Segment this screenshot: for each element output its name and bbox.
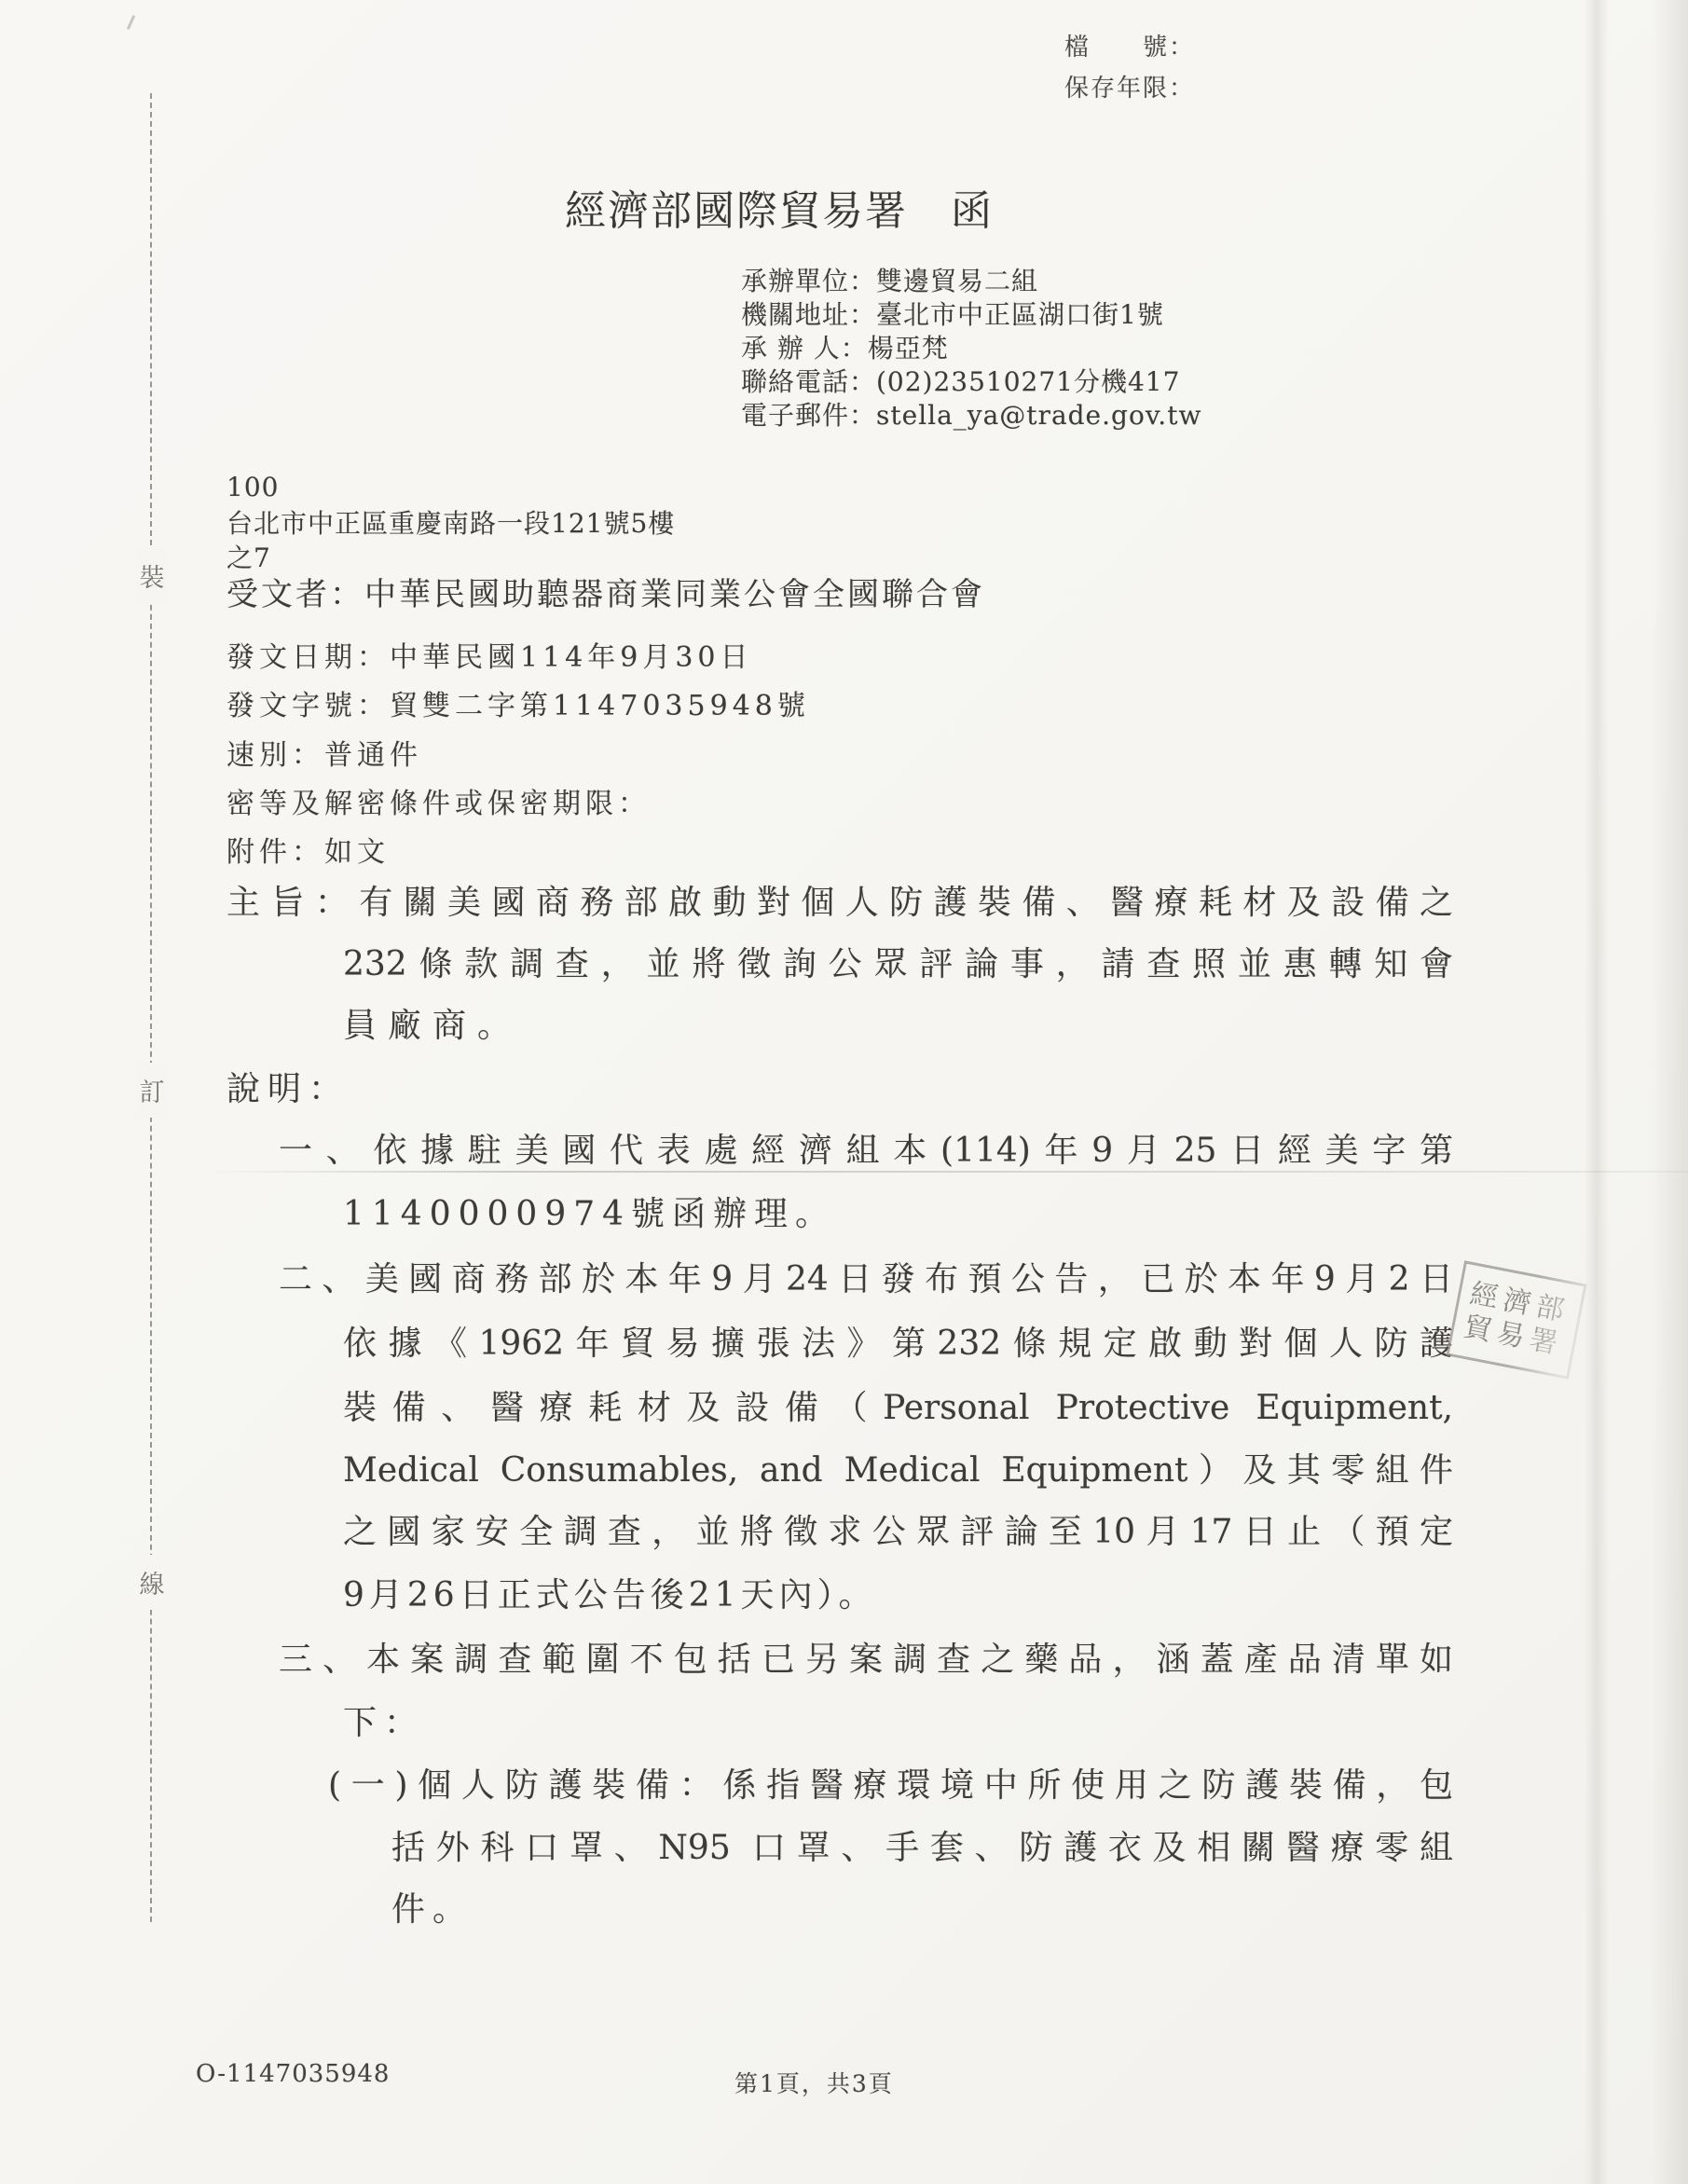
scanned-official-letter: 檔 號： 保存年限： 經濟部國際貿易署 函 承辦單位：雙邊貿易二組 機關地址：臺…: [0, 0, 1688, 2184]
explanation-item2-line1: 二、美國商務部於本年9月24日發布預公告，已於本年9月2日: [279, 1258, 1453, 1300]
reference-number: 發文字號：貿雙二字第1147035948號: [226, 682, 810, 723]
agency-stamp: 經濟部 貿易署: [1446, 1260, 1586, 1380]
security-classification: 密等及解密條件或保密期限：: [226, 780, 651, 821]
retention-period-label: 保存年限：: [1064, 69, 1195, 103]
explanation-item1-line2: 1140000974號函辦理。: [343, 1193, 836, 1235]
subject-line-2: 232條款調查，並將徵詢公眾評論事，請查照並惠轉知會: [343, 943, 1453, 985]
footer-document-number: O-1147035948: [196, 2060, 390, 2088]
scan-edge-shading: [1651, 0, 1688, 2184]
footer-page-number: 第1頁，共3頁: [734, 2066, 894, 2099]
explanation-item2-line2: 依據《1962年貿易擴張法》第232條規定啟動對個人防護: [343, 1323, 1453, 1365]
contact-phone: 聯絡電話：(02)23510271分機417: [741, 362, 1180, 399]
paper-fold-shading: [1585, 0, 1609, 2184]
subject-line-3: 員廠商。: [343, 1005, 522, 1047]
subject-line-1: 主旨：有關美國商務部啟動對個人防護裝備、醫療耗材及設備之: [226, 882, 1453, 924]
explanation-sub1-line3: 件。: [391, 1889, 473, 1930]
binding-margin-char-zhuang: 裝: [136, 548, 168, 603]
document-title: 經濟部國際貿易署 函: [565, 177, 994, 237]
explanation-item2-line4: Medical Consumables, and Medical Equipme…: [343, 1449, 1453, 1491]
explanation-item2-line6: 9月26日正式公告後21天內）。: [343, 1574, 877, 1616]
contact-unit: 承辦單位：雙邊貿易二組: [741, 261, 1038, 298]
recipient-line: 受文者：中華民國助聽器商業同業公會全國聯合會: [226, 569, 985, 614]
pen-mark: [127, 15, 135, 30]
contact-person: 承 辦 人：楊亞梵: [741, 328, 949, 365]
explanation-label: 說明：: [226, 1068, 350, 1110]
explanation-sub1-line1: (一)個人防護裝備：係指醫療環境中所使用之防護裝備，包: [328, 1765, 1453, 1806]
binding-margin-char-xian: 線: [136, 1555, 168, 1610]
recipient-address-line1: 台北市中正區重慶南路一段121號5樓: [226, 503, 675, 541]
issue-date: 發文日期：中華民國114年9月30日: [226, 634, 753, 675]
binding-dashed-line: [150, 93, 152, 1922]
contact-agency-address: 機關地址：臺北市中正區湖口街1號: [741, 295, 1164, 332]
priority: 速別：普通件: [226, 732, 422, 773]
attachment: 附件：如文: [226, 829, 390, 870]
file-number-label: 檔 號：: [1064, 28, 1195, 62]
explanation-item3-line2: 下：: [343, 1702, 425, 1744]
binding-margin-char-ding: 訂: [136, 1063, 168, 1118]
explanation-item2-line3: 裝備、醫療耗材及設備（Personal Protective Equipment…: [343, 1387, 1453, 1429]
recipient-postal-code: 100: [226, 472, 279, 502]
explanation-item1-line1: 一、依據駐美國代表處經濟組本(114)年9月25日經美字第: [279, 1130, 1453, 1172]
explanation-sub1-line2: 括外科口罩、N95 口罩、手套、防護衣及相關醫療零組: [391, 1827, 1453, 1869]
contact-email: 電子郵件：stella_ya@trade.gov.tw: [741, 395, 1201, 433]
explanation-item2-line5: 之國家安全調查，並將徵求公眾評論至10月17日止（預定: [343, 1511, 1453, 1553]
explanation-item3-line1: 三、本案調查範圍不包括已另案調查之藥品，涵蓋產品清單如: [279, 1639, 1453, 1681]
